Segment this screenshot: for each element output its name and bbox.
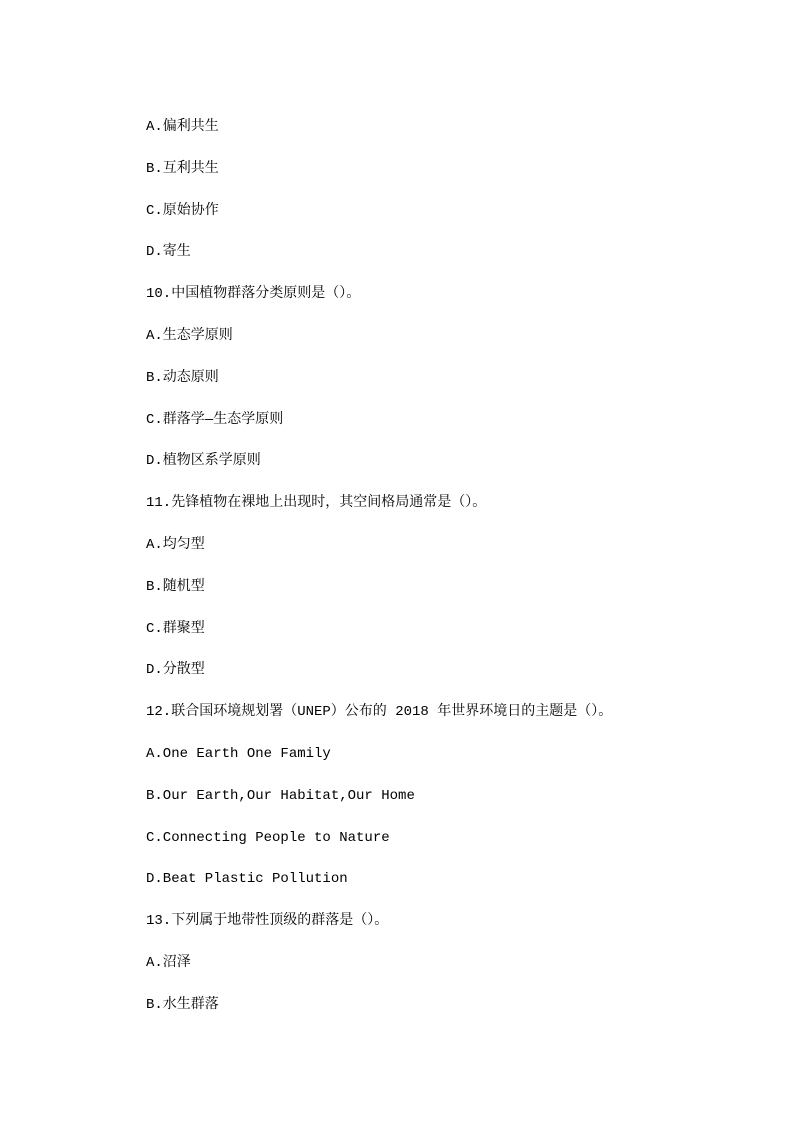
question-10-option-d: D.植物区系学原则 bbox=[146, 441, 754, 483]
question-10-option-c: C.群落学—生态学原则 bbox=[146, 400, 754, 442]
question-10-option-a: A.生态学原则 bbox=[146, 316, 754, 358]
question-11-stem: 11.先锋植物在裸地上出现时，其空间格局通常是（）。 bbox=[146, 483, 754, 525]
question-10-option-b: B.动态原则 bbox=[146, 358, 754, 400]
question-13-stem: 13.下列属于地带性顶级的群落是（）。 bbox=[146, 901, 754, 943]
question-11-option-c: C.群聚型 bbox=[146, 609, 754, 651]
question-12-stem: 12.联合国环境规划署（UNEP）公布的 2018 年世界环境日的主题是（）。 bbox=[146, 692, 754, 734]
question-9-option-a: A.偏利共生 bbox=[146, 107, 754, 149]
question-12-option-c: C.Connecting People to Nature bbox=[146, 818, 754, 860]
question-12-option-b: B.Our Earth,Our Habitat,Our Home bbox=[146, 776, 754, 818]
question-12-option-a: A.One Earth One Family bbox=[146, 734, 754, 776]
question-11-option-b: B.随机型 bbox=[146, 567, 754, 609]
question-13-option-a: A.沼泽 bbox=[146, 943, 754, 985]
question-9-option-b: B.互利共生 bbox=[146, 149, 754, 191]
question-list: A.偏利共生 B.互利共生 C.原始协作 D.寄生 10.中国植物群落分类原则是… bbox=[146, 107, 754, 1027]
question-11-option-a: A.均匀型 bbox=[146, 525, 754, 567]
question-10-stem: 10.中国植物群落分类原则是（）。 bbox=[146, 274, 754, 316]
question-11-option-d: D.分散型 bbox=[146, 650, 754, 692]
question-13-option-b: B.水生群落 bbox=[146, 985, 754, 1027]
document-page: A.偏利共生 B.互利共生 C.原始协作 D.寄生 10.中国植物群落分类原则是… bbox=[0, 0, 794, 1123]
question-9-option-c: C.原始协作 bbox=[146, 191, 754, 233]
question-12-option-d: D.Beat Plastic Pollution bbox=[146, 859, 754, 901]
question-9-option-d: D.寄生 bbox=[146, 232, 754, 274]
